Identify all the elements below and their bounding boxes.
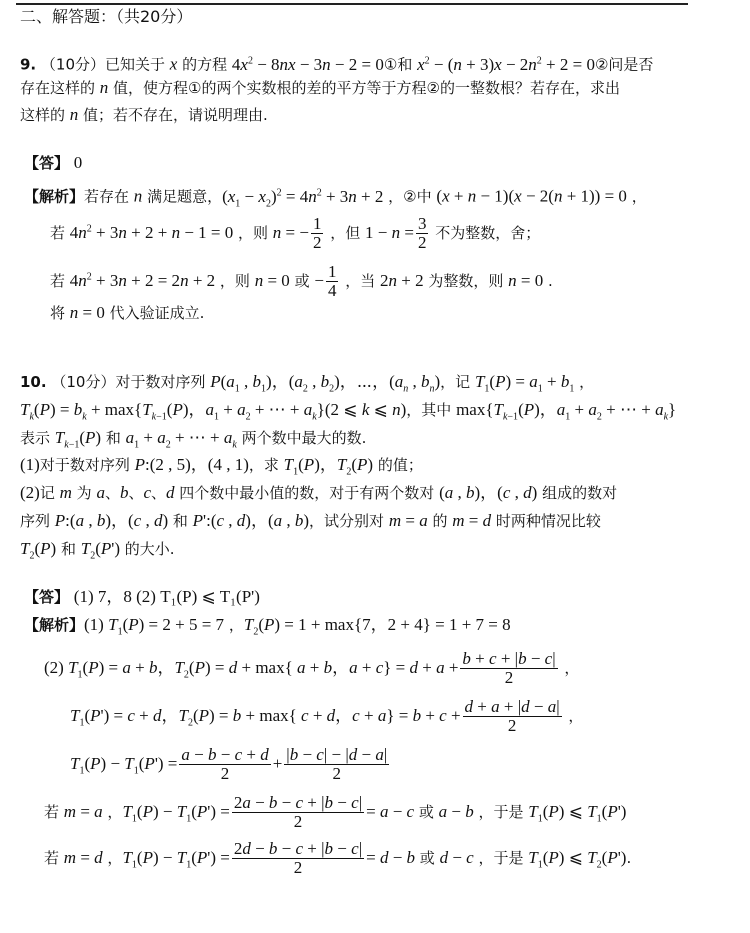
q9-answer-value: 0 [74,153,83,172]
q10-points: （10分） [51,373,115,391]
q10-line-3: 表示 Tk−1(P) 和 a1 + a2 + ⋯ + ak 两个数中最大的数. [20,427,366,456]
q10-line-5: (2)记 m 为 a、b、c、d 四个数中最小值的数，对于有两个数对 (a , … [20,482,617,504]
q10-analysis-6: 若 m = d ，T1(P) − T1(P') =2d − b − c + |b… [44,840,631,877]
q10-line-4: (1)对于数对序列 P:(2 , 5)，(4 , 1)，求 T1(P)，T2(P… [20,454,423,483]
q10-line-6: 序列 P:(a , b)，(c , d) 和 P':(c , d)，(a , b… [20,510,601,532]
q9-line-3: 这样的 n 值；若不存在，请说明理由. [20,104,268,126]
q9-analysis-4: 将 n = 0 代入验证成立. [50,302,204,324]
section-title: 二、解答题：（共20分） [20,6,192,28]
q9-points: （10分） [41,56,105,74]
q10-analysis-4: T1(P) − T1(P') =a − b − c + d2+|b − c| −… [70,746,391,783]
top-rule [16,3,688,5]
analysis-label: 【解析】 [24,188,84,206]
q10-answer-value: (1) 7，8 (2) T₁(P) ⩽ T₁(P') [74,587,260,606]
q10-number: 10. [20,373,47,391]
answer-label: 【答】 [24,154,69,172]
q9-analysis-1: 【解析】若存在 n 满足题意，(x1 − x2)2 = 4n2 + 3n + 2… [24,182,647,215]
q9-answer: 【答】 0 [24,152,82,174]
q9-analysis-2: 若 4n2 + 3n + 2 + n − 1 = 0 ，则 n = −12 ，但… [50,215,540,252]
q9-number: 9. [20,56,36,74]
q10-answer: 【答】 (1) 7，8 (2) T₁(P) ⩽ T₁(P') [24,586,260,608]
q10-line-7: T2(P) 和 T2(P') 的大小. [20,538,175,567]
answer-label: 【答】 [24,588,69,606]
q10-analysis-3: T1(P') = c + d，T2(P) = b + max{ c + d，c … [70,698,583,735]
q9-analysis-3: 若 4n2 + 3n + 2 = 2n + 2 ，则 n = 0 或 −14 ，… [50,263,553,300]
q10-line-1: 10. （10分）对于数对序列 P(a1 , b1)，(a2 , b2)，⋯，(… [20,371,594,400]
q9-line-1: 9. （10分）已知关于 x 的方程 4x2 − 8nx − 3n − 2 = … [20,50,653,76]
q10-analysis-1: 【解析】(1) T1(P) = 2 + 5 = 7 ，T2(P) = 1 + m… [24,614,511,643]
q10-analysis-2: (2) T1(P) = a + b，T2(P) = d + max{ a + b… [44,650,579,687]
analysis-label: 【解析】 [24,616,84,634]
q10-line-2: Tk(P) = bk + max{Tk−1(P)，a1 + a2 + ⋯ + a… [20,399,676,428]
q9-line-2: 存在这样的 n 值，使方程①的两个实数根的差的平方等于方程②的一整数根？若存在，… [20,77,620,99]
q10-analysis-5: 若 m = a ，T1(P) − T1(P') =2a − b − c + |b… [44,794,626,831]
